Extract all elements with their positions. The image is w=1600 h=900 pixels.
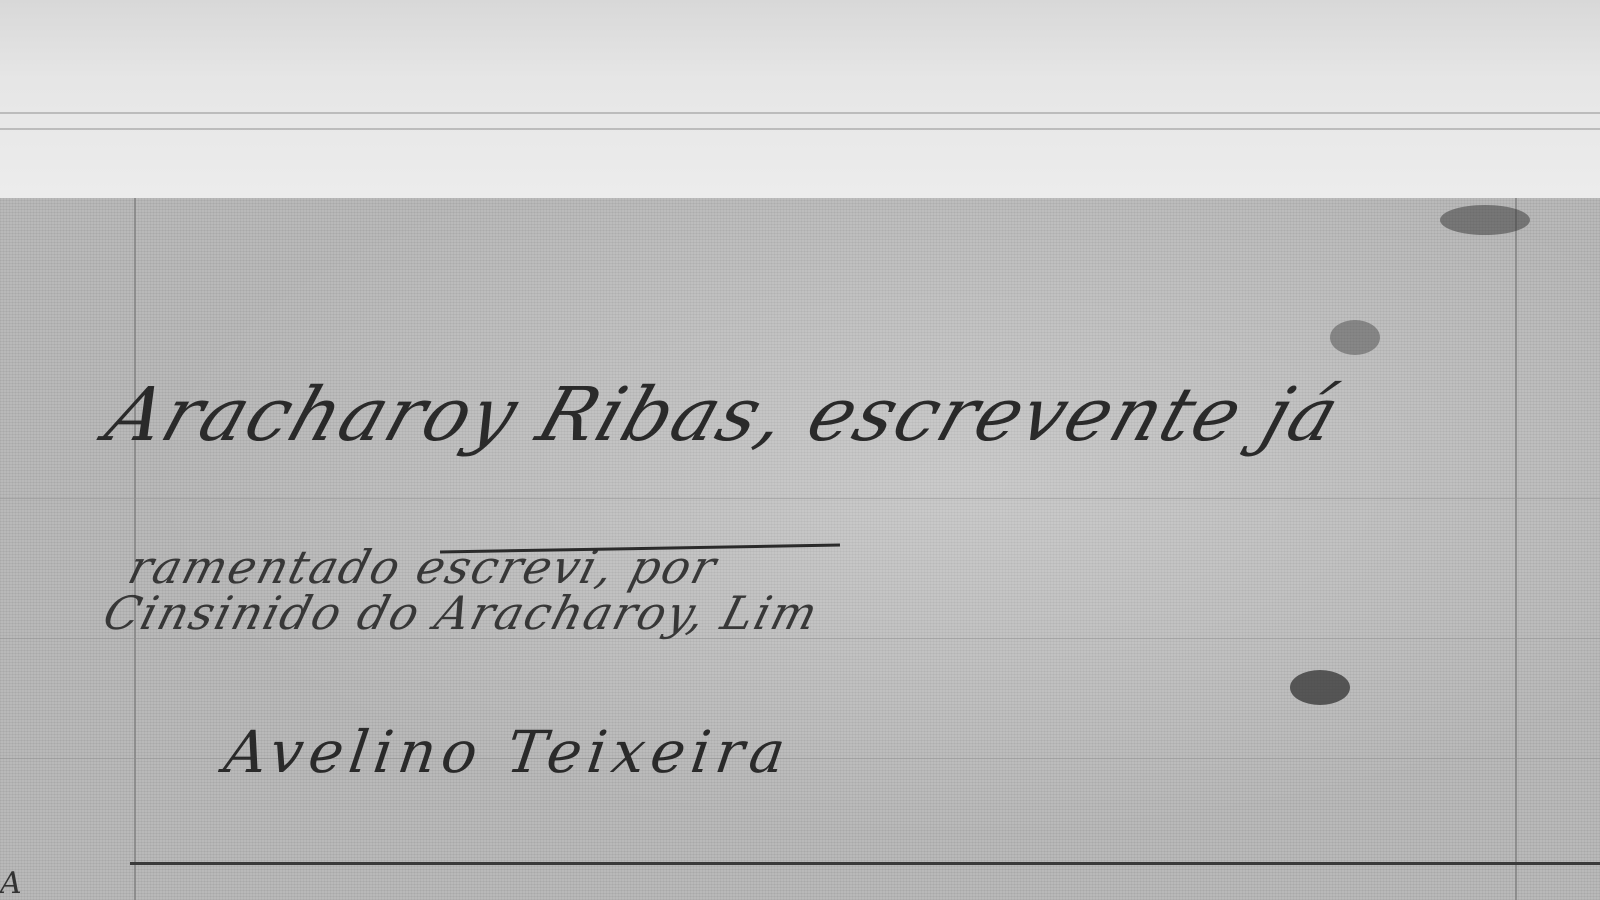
right-margin-line: [1515, 198, 1517, 900]
signature: Avelino Teixeira: [220, 718, 795, 786]
ink-smudge: [1290, 670, 1350, 705]
handwritten-line-1: Aracharoy Ribas, escrevente já: [96, 372, 1351, 458]
ink-smudge: [1330, 320, 1380, 355]
top-rule-line: [0, 128, 1600, 130]
ink-smudge: [1440, 205, 1530, 235]
top-page-strip: [0, 0, 1600, 198]
bottom-text-fragment: A: [0, 866, 22, 900]
bottom-rule-line: [130, 862, 1600, 865]
handwritten-line-3: Cinsinido do Aracharoy, Lim: [98, 586, 825, 640]
ruled-line: [0, 498, 1600, 499]
top-rule-line: [0, 112, 1600, 114]
